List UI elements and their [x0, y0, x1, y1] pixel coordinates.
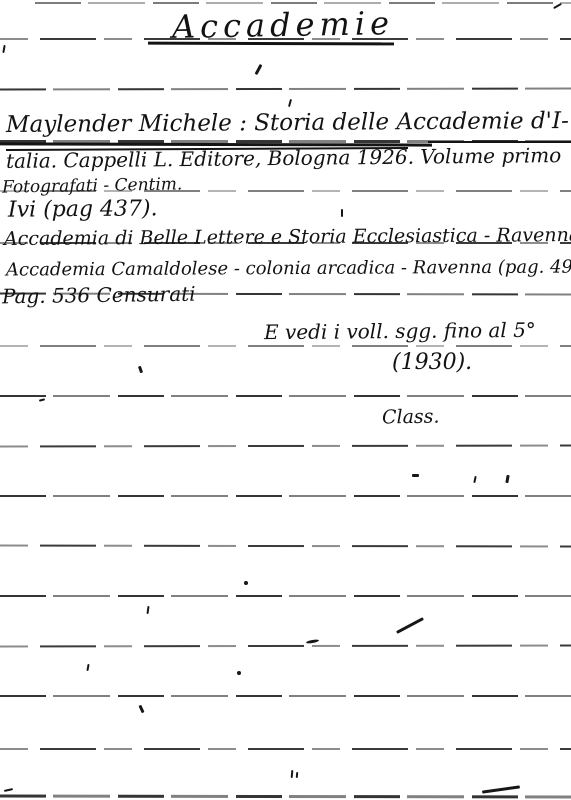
- ruled-line: [0, 495, 571, 497]
- scan-artifact: [2, 45, 5, 53]
- scan-artifact: [237, 671, 241, 675]
- entry-line-academy-ravenna-2: Accademia Camaldolese - colonia arcadica…: [6, 257, 571, 280]
- entry-line-format: Fotografati - Centim.: [2, 175, 183, 197]
- scan-artifact: [288, 99, 292, 107]
- scan-artifact: [138, 366, 143, 374]
- scan-artifact: [473, 476, 476, 483]
- ruled-line: [0, 88, 571, 91]
- scan-artifact: [138, 705, 144, 714]
- scan-artifact: [291, 770, 294, 778]
- classification-label: Class.: [382, 406, 440, 428]
- ruled-line: [0, 695, 571, 697]
- scan-artifact: [412, 474, 419, 477]
- entry-line-academy-ravenna-1: Accademia di Belle Lettere e Storia Eccl…: [4, 225, 571, 250]
- scan-artifact: [146, 606, 149, 614]
- entry-line-author-title: Maylender Michele : Storia delle Accadem…: [6, 109, 569, 138]
- ruled-line: [0, 595, 571, 597]
- entry-line-publisher: talia. Cappelli L. Editore, Bologna 1926…: [6, 144, 561, 172]
- ruled-line: [0, 395, 571, 397]
- scan-artifact: [86, 664, 89, 671]
- note-following-volumes: E vedi i voll. sgg. fino al 5°: [264, 319, 536, 343]
- scan-artifact: [4, 788, 13, 792]
- ruled-line: [0, 345, 571, 347]
- scan-artifact: [396, 617, 424, 634]
- scan-artifact: [505, 475, 509, 483]
- note-year: (1930).: [392, 351, 472, 375]
- scan-artifact: [341, 209, 343, 217]
- scan-artifact: [39, 398, 45, 401]
- scanned-index-card: Accademie Maylender Michele : Storia del…: [0, 0, 571, 800]
- scan-artifact: [482, 785, 520, 793]
- ruled-line: [0, 748, 571, 750]
- ruled-line: [0, 645, 571, 648]
- scan-artifact: [244, 581, 248, 585]
- ruled-line: [0, 795, 571, 799]
- entry-line-page-536: Pag. 536 Censurati: [2, 283, 196, 308]
- scan-artifact: [255, 64, 263, 75]
- ruled-line: [0, 545, 571, 548]
- scan-artifact: [306, 639, 319, 644]
- scan-artifact: [296, 772, 299, 778]
- ruled-line: [0, 445, 571, 448]
- entry-line-ivi-page: Ivi (pag 437).: [8, 197, 158, 222]
- ruled-line: [35, 2, 571, 4]
- card-title: Accademie: [172, 6, 395, 45]
